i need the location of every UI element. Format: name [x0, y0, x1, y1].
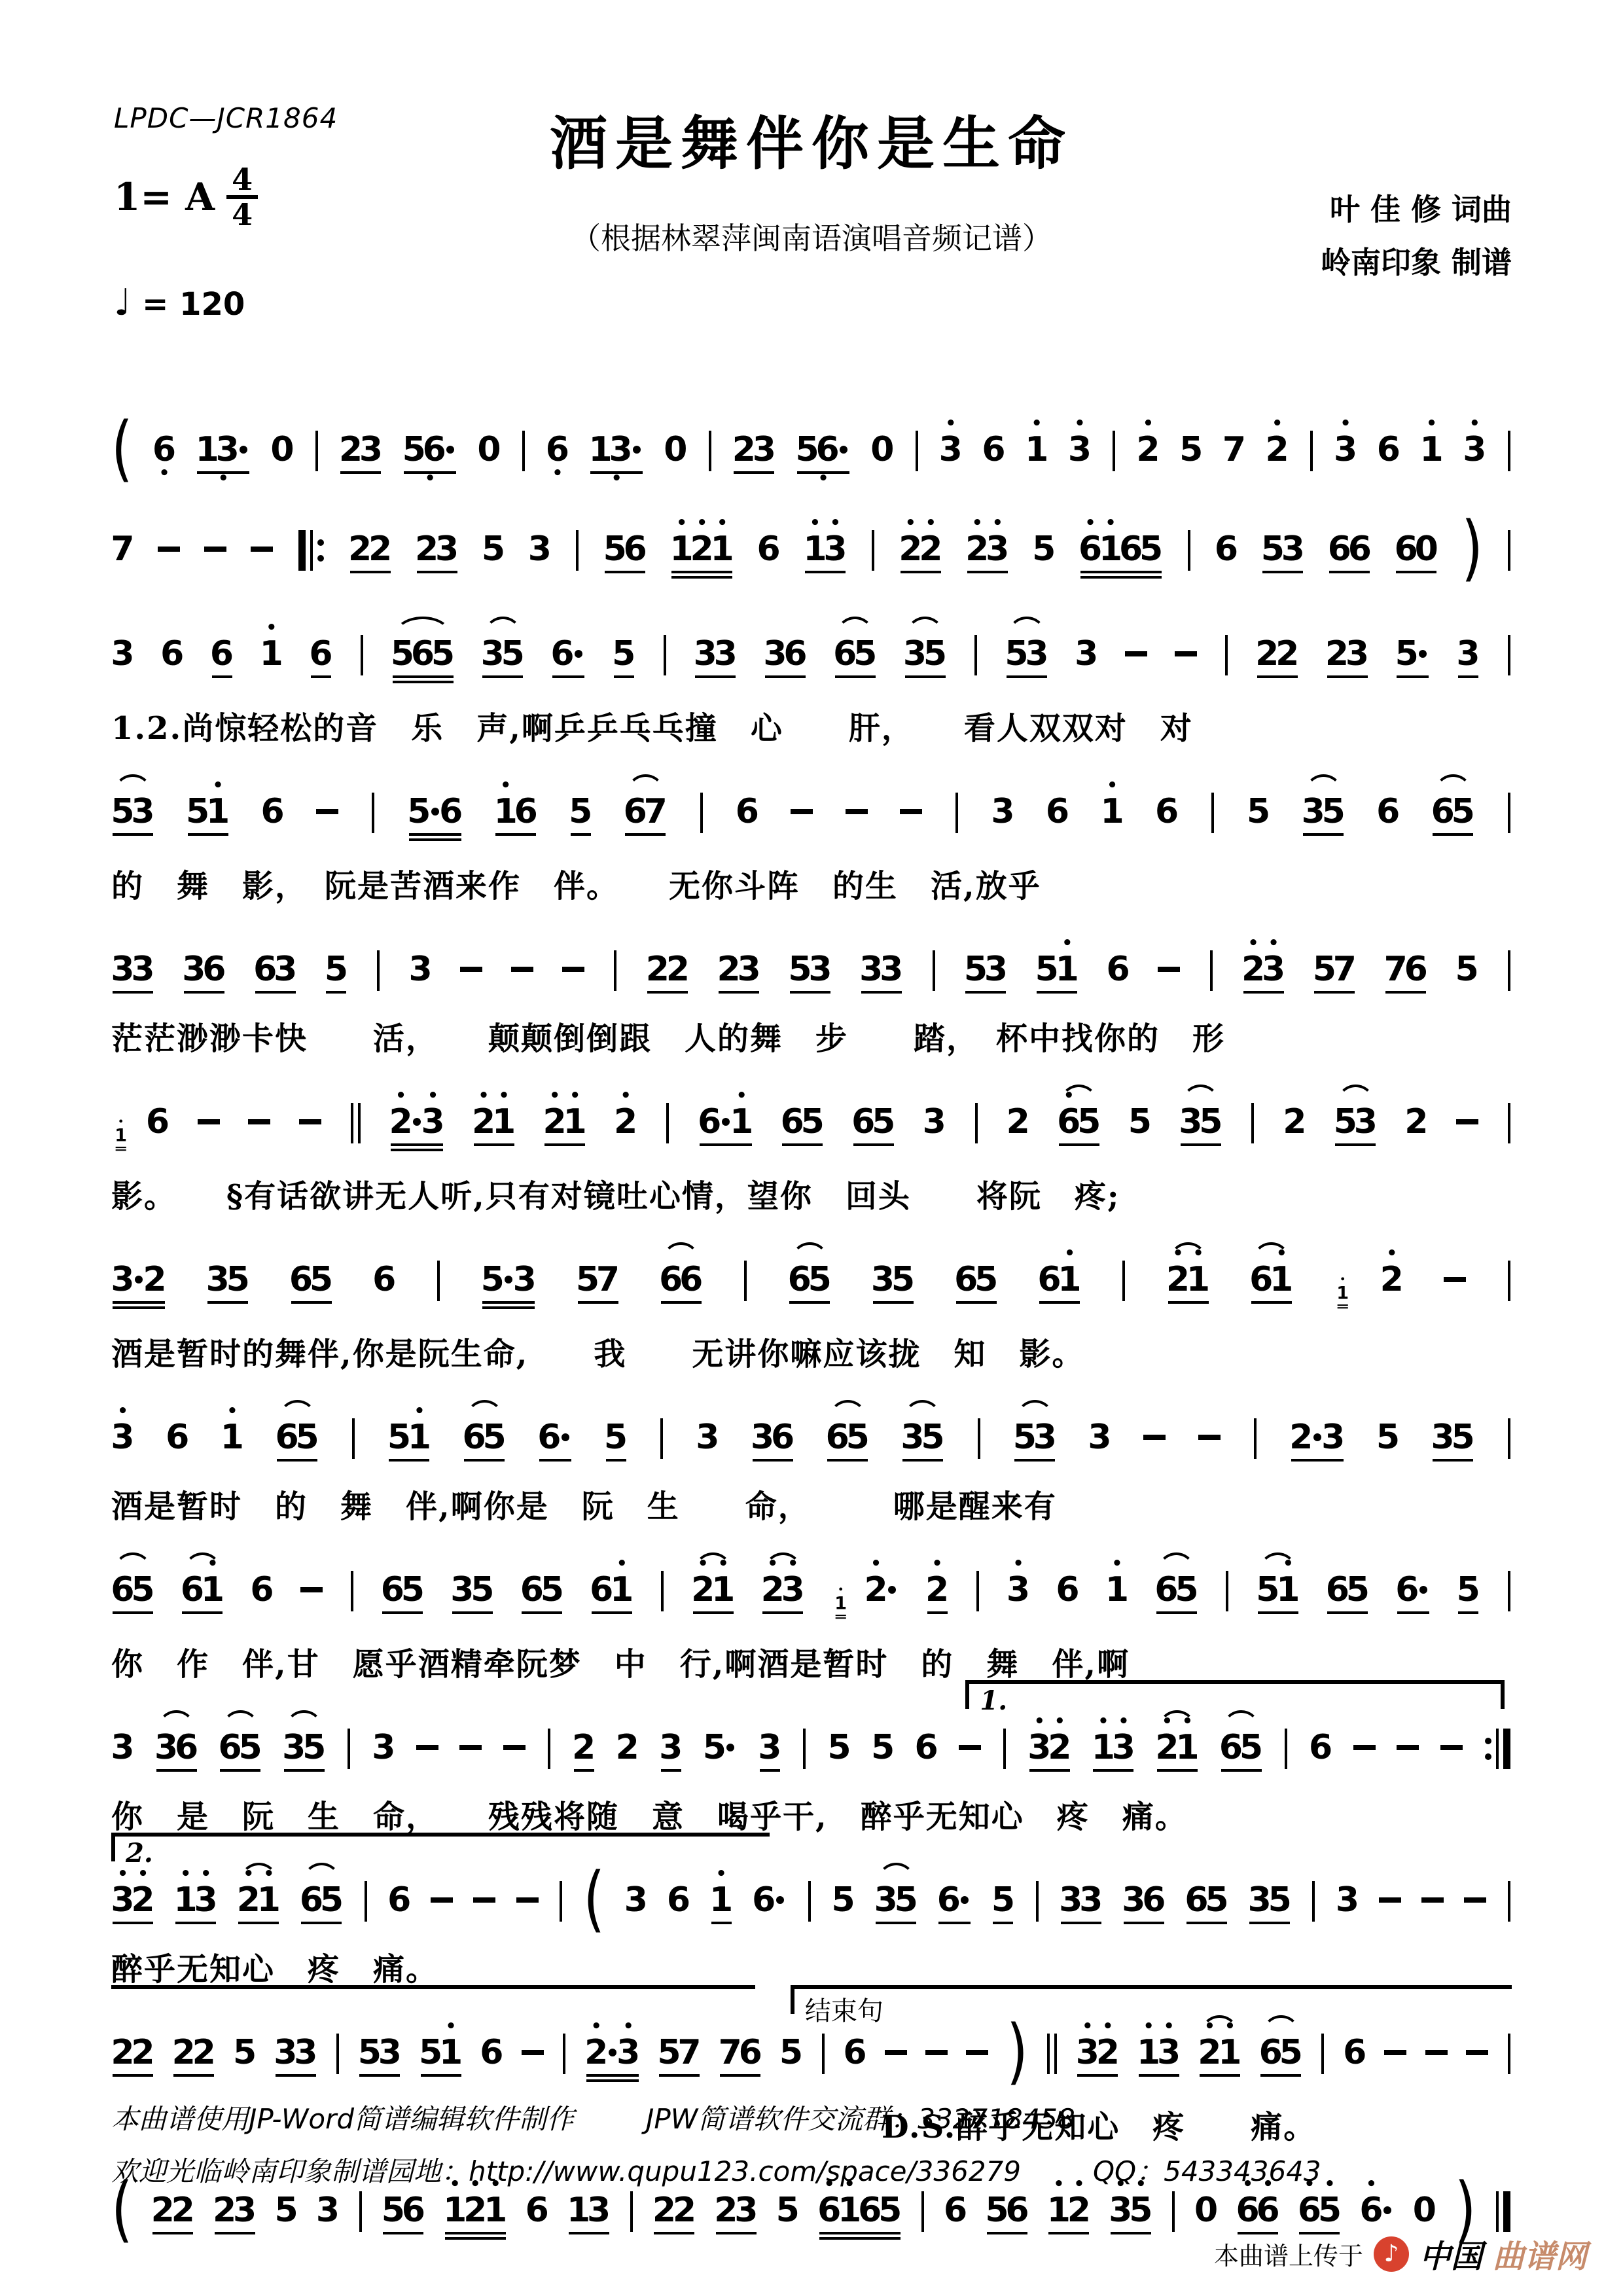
octave-dot-above: • [905, 516, 916, 530]
barline [1188, 516, 1190, 571]
digit: 3 [616, 2034, 640, 2072]
note-glyph [1467, 2019, 1487, 2072]
sheet-page: LPDC—JCR1864 1= A 4 4 ♩ = 120 酒是舞伴你是生命 （… [0, 0, 1623, 2296]
digit: 5 [325, 950, 348, 988]
octave-dot-above [1046, 1246, 1052, 1261]
note-glyph: 3 [380, 2019, 400, 2072]
note-token [432, 1867, 452, 1931]
note-glyph: 5 [482, 1246, 503, 1299]
note-glyph: 3 [276, 936, 296, 988]
digit: 3 [1112, 1729, 1135, 1767]
barline [336, 2019, 339, 2074]
note-token [417, 1714, 437, 1778]
octave-dot-above [722, 1088, 728, 1103]
note-digits [563, 936, 584, 988]
octave-dot-above [605, 1246, 611, 1261]
note-token: 5 [1130, 1088, 1150, 1153]
octave-dots-below [678, 1304, 684, 1316]
octave-dots-below [1361, 1767, 1367, 1778]
note-token: 3 [760, 1714, 780, 1784]
note-glyph: •1 [222, 1404, 242, 1456]
barline-stroke [614, 950, 616, 991]
note-digits: •2•2 [901, 516, 941, 568]
note-token [1126, 620, 1147, 685]
note-glyph: •1 [671, 516, 692, 568]
note-token: •6•1 6 5 [1080, 516, 1162, 590]
barline-stroke [315, 431, 318, 471]
octave-dot-above [707, 1088, 713, 1103]
barline-stroke [1508, 1418, 1510, 1459]
note-glyph [512, 936, 533, 988]
octave-dot-above [868, 936, 874, 950]
octave-dots-below [1054, 831, 1060, 842]
note-digits [1445, 1246, 1465, 1299]
note-glyph: 6 [204, 936, 224, 988]
octave-dot-above [1318, 1714, 1324, 1729]
note-glyph: 3 [873, 1246, 893, 1299]
note-digits: 5•1 [1037, 936, 1077, 988]
dash-glyph [316, 809, 338, 814]
barline [803, 1714, 806, 1769]
octave-dot-above: • [1112, 1556, 1123, 1571]
octave-dot-above [489, 2019, 495, 2034]
note-glyph: 6 [1345, 2019, 1365, 2072]
digit: 3 [216, 431, 240, 469]
note-glyph [522, 2019, 543, 2072]
octave-dots-below [710, 1614, 716, 1626]
barline [1310, 416, 1313, 471]
octave-dots-below [623, 1141, 629, 1153]
barline [976, 1556, 979, 1611]
octave-dots-below [1474, 2072, 1480, 2083]
octave-dots-below [537, 568, 543, 580]
barline [1485, 1714, 1510, 1769]
octave-dot-above [1115, 936, 1121, 950]
octave-dots-below [836, 1767, 842, 1778]
note-token [792, 778, 812, 842]
note-token: 3 5 [905, 620, 946, 690]
note-token: 3 3 [276, 2019, 316, 2089]
note-glyph: •3 [113, 1404, 133, 1456]
barline [563, 2019, 565, 2074]
note-token: •2•1 [1168, 1246, 1209, 1316]
octave-dots-below [193, 1924, 199, 1936]
octave-dots-below [717, 1767, 723, 1778]
octave-dot-above [1385, 1404, 1391, 1418]
octave-dots-below [622, 573, 628, 585]
barline-stroke [1508, 1881, 1510, 1922]
octave-dots-below [213, 568, 219, 580]
note-digits: 5 [1181, 416, 1202, 469]
note-glyph: 3 [739, 936, 759, 988]
octave-dot-above: • [427, 1088, 438, 1103]
dash-glyph [925, 2050, 948, 2055]
note-glyph: 3 [113, 936, 133, 988]
barline [1508, 1246, 1510, 1301]
octave-dots-below [1114, 1609, 1120, 1621]
repeat-dots [1485, 1729, 1491, 1769]
note-glyph: 6 [1157, 778, 1177, 831]
dash-glyph [1198, 1435, 1221, 1440]
note-glyph: 7 [113, 516, 133, 568]
note-digits: 6 [737, 778, 757, 831]
octave-dot-above [1097, 1404, 1103, 1418]
octave-dot-above [962, 1867, 968, 1881]
octave-dot-above [632, 516, 638, 530]
note-glyph: •2 [1267, 416, 1287, 469]
octave-dots-below [1238, 1772, 1244, 1784]
augmentation-dot [575, 650, 582, 658]
octave-dot-above: • [717, 516, 728, 530]
octave-dots-below [418, 988, 423, 1000]
note-token: 5 [571, 778, 591, 848]
octave-dots-below [733, 2234, 739, 2246]
music-row: 3 3 6 6 5 3 5 3 2 2 3 5 3 5 5 6 •3•2 •1•… [111, 1714, 1512, 1784]
note-digits: 5 [1397, 620, 1429, 673]
octave-dots-below [438, 2077, 444, 2089]
note-digits [252, 516, 272, 568]
digit: 6 [175, 1729, 198, 1767]
note-token: 6 [1048, 778, 1068, 842]
digit: 5 [872, 1103, 895, 1141]
note-digits: •1•3 [1139, 2019, 1179, 2072]
note-digits [205, 516, 226, 568]
note-glyph: 6 [938, 1867, 959, 1919]
barline-stroke [1508, 2034, 1510, 2074]
note-digits: 6 5 [522, 1556, 562, 1609]
digit: 2 [143, 1261, 166, 1299]
octave-dots-below [434, 573, 440, 585]
octave-dot-above: • [1034, 1714, 1045, 1729]
note-glyph: •3 [1159, 2019, 1179, 2072]
octave-dot-above: • [716, 1867, 727, 1881]
octave-dot-above [963, 1246, 969, 1261]
octave-dots-below [1041, 568, 1047, 580]
octave-dots-below [1111, 1772, 1116, 1784]
barline [576, 516, 579, 571]
note-glyph: •2 [901, 516, 921, 568]
note-token: 5 3 [965, 936, 1006, 1005]
barline-stroke [1508, 431, 1510, 471]
octave-dots-below [486, 469, 492, 480]
octave-dot-above: • [500, 778, 511, 793]
digit: 5 [612, 635, 635, 673]
note-digits: •1•3 [175, 1867, 216, 1919]
note-digits [1380, 1867, 1400, 1919]
octave-dots-below [406, 1462, 412, 1473]
note-glyph: 2 [173, 2019, 194, 2072]
barline [1508, 1088, 1510, 1143]
note-glyph: 5 [829, 1714, 849, 1767]
octave-dot-above [618, 416, 624, 431]
note-token: 3 [529, 516, 550, 580]
digit: 3 [421, 1103, 445, 1141]
note-digits [960, 1714, 980, 1767]
dash-glyph [966, 2050, 988, 2055]
octave-dot-above [431, 416, 437, 431]
digit: 6 [550, 635, 574, 673]
barline-stroke [365, 1881, 367, 1922]
octave-dots-below [785, 2229, 791, 2241]
note-glyph: •2 [692, 516, 712, 568]
note-token: 3 [626, 1867, 646, 1931]
barline-stroke [1310, 431, 1313, 471]
note-digits: 6 [754, 1867, 786, 1919]
note-digits: 6 [539, 1404, 571, 1456]
octave-dot-above [529, 2019, 535, 2034]
octave-dot-above [1464, 1088, 1470, 1103]
octave-dots-below [1156, 2077, 1162, 2089]
octave-dot-above: • [1075, 416, 1086, 431]
note-glyph: 6 [148, 1088, 168, 1141]
octave-dot-above [666, 2019, 672, 2034]
digit: 5 [483, 1418, 507, 1456]
octave-dot-above: • [830, 516, 841, 530]
barline-stroke [975, 1103, 978, 1143]
note-glyph: •1 [208, 778, 228, 831]
octave-dots-below [270, 831, 276, 842]
footer-line-1: 本曲谱使用JP-Word简谱编辑软件制作 JPW简谱软件交流群：33271845… [111, 2093, 1512, 2145]
barline [933, 936, 935, 991]
note-token: 3 6 [765, 620, 806, 690]
digit: 5 [801, 1103, 825, 1141]
note-token: 5 [235, 2019, 255, 2083]
note-digits: 6 [389, 1867, 410, 1919]
note-glyph: 3 [882, 936, 902, 988]
digit: 5 [604, 1418, 628, 1456]
digit: 3 [984, 950, 1008, 988]
octave-dots-below [676, 2077, 682, 2089]
octave-dots-below [325, 2229, 330, 2241]
note-digits: 3 [374, 1714, 394, 1767]
barline-stroke [978, 1418, 980, 1459]
note-token: 6 5 [1186, 1867, 1227, 1936]
note-digits: •2•1 [474, 1088, 514, 1141]
octave-dot-above: • [696, 516, 707, 530]
octave-dot-above [908, 778, 914, 793]
octave-dots-below [1164, 831, 1170, 842]
octave-dots-below [318, 678, 324, 690]
digit: 2 [919, 530, 942, 568]
octave-dot-above [893, 2019, 899, 2034]
note-glyph: 5 [1249, 778, 1269, 831]
octave-dot-above: • [1469, 416, 1480, 431]
digit: 3 [714, 635, 738, 673]
octave-dots-below [1015, 1609, 1021, 1621]
octave-dot-above: • [1098, 1714, 1109, 1729]
note-glyph: •1 [1093, 1714, 1113, 1767]
note-glyph: 5 [1037, 936, 1057, 988]
octave-dots-below [1004, 2234, 1010, 2246]
note-digits: •2 [1138, 416, 1158, 469]
note-digits: •1 [261, 620, 281, 673]
music-row: •3 6 •1 6 5 5•1 6 5 6 5 3 3 6 6 5 3 5 5 … [111, 1404, 1512, 1473]
octave-dot-above [853, 778, 859, 793]
repeat-dot [1485, 1738, 1491, 1744]
digit: 1 [439, 2034, 463, 2072]
octave-dot-above [1403, 516, 1409, 530]
note-token: 5 [1397, 620, 1429, 690]
digit: 6 [937, 1881, 961, 1919]
digit: 1 [257, 1881, 281, 1919]
note-token [512, 936, 533, 1000]
note-glyph: 3 [1458, 620, 1478, 673]
note-digits: 3 [113, 620, 133, 673]
barline [351, 1088, 361, 1143]
music-system: ( 6• 1 3 • 0 2 3 5 6 • 0 6• 1 3 • 0 2 3 … [111, 416, 1512, 486]
octave-dots-below [1077, 469, 1082, 480]
octave-dots-below [699, 579, 705, 590]
digit: 6 [771, 1418, 794, 1456]
note-digits: 3 5 [873, 1246, 914, 1299]
note-glyph: 6 [785, 620, 806, 673]
augmentation-dot [722, 1118, 730, 1126]
score-header: LPDC—JCR1864 1= A 4 4 ♩ = 120 酒是舞伴你是生命 （… [111, 72, 1512, 386]
dash-glyph [511, 967, 533, 972]
octave-dot-above [746, 936, 752, 950]
note-digits: 6 [162, 620, 183, 673]
barline-stroke [563, 2034, 565, 2074]
barline [1036, 1867, 1039, 1922]
octave-dot-above [1277, 1867, 1283, 1881]
note-glyph [505, 1714, 525, 1767]
note-token: 6 [737, 778, 757, 842]
barline-stroke [955, 793, 958, 833]
note-token: •2•2 [901, 516, 941, 585]
note-token: 5 3 [790, 936, 830, 1005]
note-token: •6 5 [1059, 1088, 1099, 1158]
octave-dots-below [1385, 831, 1391, 842]
note-glyph: •2 [544, 1088, 565, 1141]
note-token: 5 [1458, 1556, 1478, 1626]
octave-dots-below [308, 1609, 314, 1621]
note-digits: 6 5 [1186, 1867, 1227, 1919]
octave-dots-below [1452, 1299, 1457, 1310]
octave-dots-below [491, 1146, 497, 1158]
octave-dot-above: • [1118, 1714, 1130, 1729]
note-token: 6 5 [277, 1404, 317, 1473]
note-digits: •3 [113, 1404, 133, 1456]
note-digits [461, 936, 482, 988]
barline [709, 416, 711, 471]
octave-dot-above [154, 1088, 160, 1103]
note-digits: •3•2 [113, 1867, 153, 1919]
octave-dot-above [889, 1556, 895, 1571]
note-glyph: 0 [479, 416, 499, 469]
note-digits: 3 [1090, 1404, 1110, 1456]
note-digits: 3 5 [1433, 1404, 1473, 1456]
note-token: 5 3 [482, 1246, 535, 1321]
digit [722, 1103, 730, 1141]
note-digits: 6 5 [1327, 1556, 1368, 1609]
note-digits: •1•2•1 [671, 516, 732, 568]
octave-dots-below [130, 994, 135, 1005]
note-token: 6•1 [1251, 1246, 1292, 1316]
octave-dot-above [1257, 1867, 1262, 1881]
octave-dots-below [135, 1309, 141, 1321]
note-digits: 6 [1108, 936, 1128, 988]
digit: 2 [925, 1571, 949, 1609]
digit: 6 [202, 950, 226, 988]
octave-dots-below [767, 1919, 773, 1931]
music-row: 7 2 2 2 3 5 3 5 6 •1•2•1 6 •1•3 •2•2 •2•… [111, 516, 1512, 590]
note-token: 6 [262, 778, 283, 842]
note-token: 3 5 [1303, 778, 1344, 848]
note-token: 6 [389, 1867, 410, 1931]
music-system: 3 3 6 6 5 3 5 3 2 2 3 5 3 5 5 6 •3•2 •1•… [111, 1714, 1512, 1837]
barline [1211, 778, 1214, 833]
octave-dot-above [424, 516, 430, 530]
digit: 2 [368, 530, 392, 568]
note-token [1145, 1404, 1165, 1468]
digit: 1 [1276, 1571, 1300, 1609]
repeat-dots [317, 530, 324, 571]
digit: 5 [1322, 793, 1346, 831]
digit: 6 [624, 530, 647, 568]
note-token: 3 [1337, 1867, 1357, 1931]
barline-stroke [560, 1881, 562, 1922]
note-glyph: 3 [1081, 1867, 1101, 1919]
note-glyph: 6 [853, 1088, 874, 1141]
barline-stroke [1508, 1103, 1510, 1143]
octave-dot-above [270, 778, 276, 793]
note-digits: 0 [272, 416, 293, 469]
digit: 5 [569, 793, 592, 831]
octave-dots-below [581, 1772, 587, 1784]
barline [1210, 936, 1213, 991]
octave-dots-below [571, 988, 577, 1000]
octave-dot-above [1385, 416, 1391, 431]
octave-dots-below [983, 994, 989, 1005]
note-token: 3 [993, 778, 1013, 842]
digit: 1 [1186, 1261, 1210, 1299]
barline-stroke [1285, 1729, 1287, 1769]
note-digits [1159, 936, 1179, 988]
note-glyph: 6 [700, 1088, 720, 1141]
octave-dots-below [400, 1614, 406, 1626]
octave-dots-below [473, 2240, 478, 2251]
barline [666, 1088, 669, 1143]
note-digits: 5 [1034, 516, 1054, 568]
octave-dot-above [767, 1714, 773, 1729]
octave-dots-below [1084, 673, 1090, 685]
dash-glyph [204, 547, 226, 552]
barline-stroke [916, 431, 918, 471]
note-digits: 5 [1378, 1404, 1398, 1456]
octave-dots-below [1275, 1614, 1281, 1626]
barline [1047, 2019, 1057, 2074]
note-digits: 3 [529, 516, 550, 568]
note-glyph [1398, 1714, 1418, 1767]
note-glyph: 2 [719, 936, 739, 988]
note-glyph: •1 [835, 1586, 846, 1613]
note-glyph: •1 [1102, 778, 1122, 831]
octave-dots-below [482, 1462, 488, 1473]
octave-dots-below [780, 1614, 786, 1626]
note-glyph: 3 [626, 1867, 646, 1919]
note-glyph [238, 416, 249, 469]
digit: 5 [431, 635, 455, 673]
note-glyph: 2 [370, 516, 391, 568]
note-token: 5 7 [659, 2019, 700, 2089]
note-digits: 6 5 [782, 1088, 823, 1141]
note-token: 3 5 [902, 1404, 943, 1473]
note-token: •2 [1138, 416, 1158, 480]
note-token: •1•3 [175, 1867, 216, 1936]
octave-dot-above [166, 516, 172, 530]
octave-dots-below [205, 1141, 211, 1153]
grace-note: •1 [116, 1118, 126, 1157]
